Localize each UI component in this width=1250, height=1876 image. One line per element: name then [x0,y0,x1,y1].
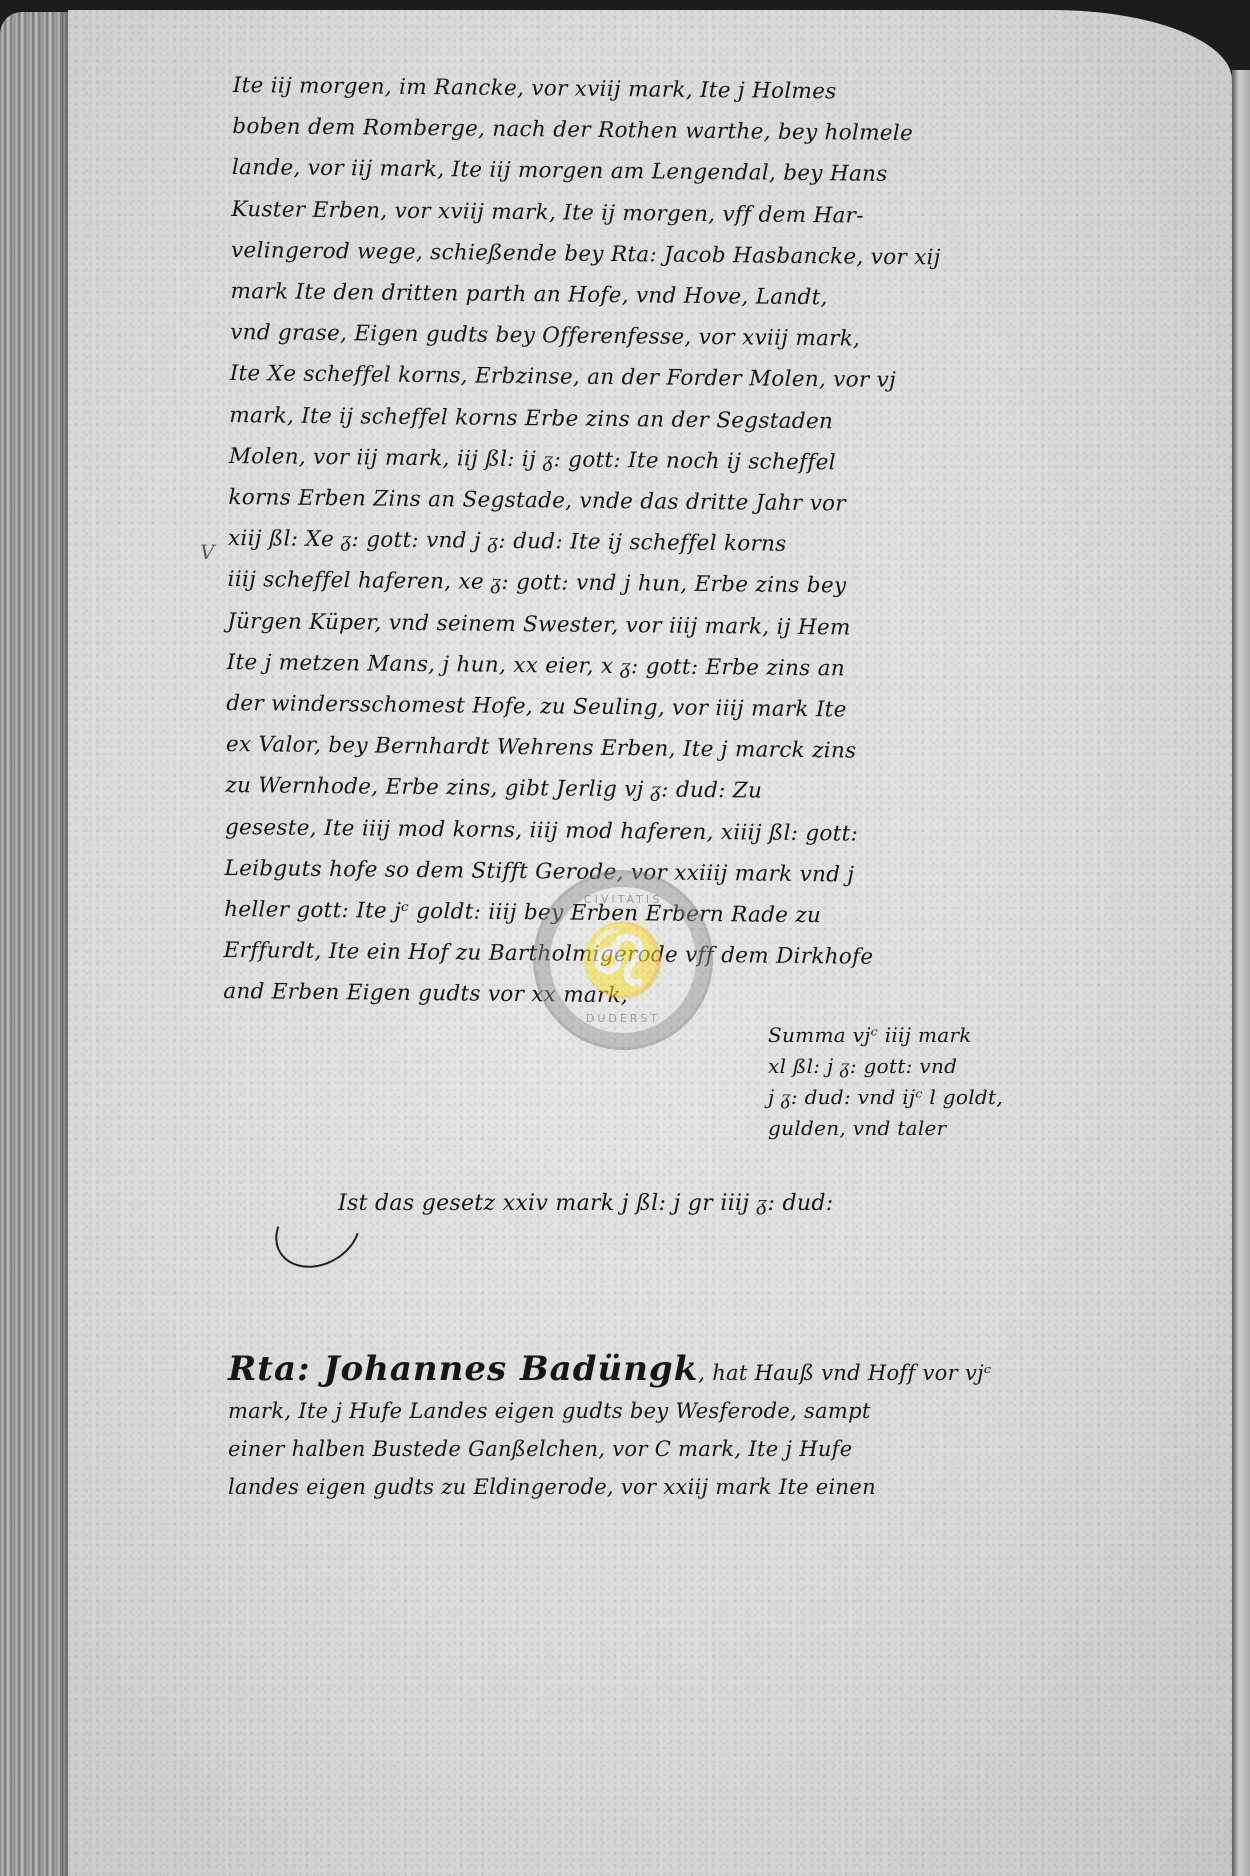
summa-line: xl ßl: j ᵹ: gott: vnd [768,1051,1003,1082]
seal-rim-text-bottom: DUDERST [536,1012,710,1025]
seal-rim-text-top: CIVITATIS [536,893,710,906]
summa-line: j ᵹ: dud: vnd ijᶜ l goldt, [768,1082,1003,1113]
text-line: einer halben Bustede Ganßelchen, vor C m… [228,1430,992,1468]
text-line: landes eigen gudts zu Eldingerode, vor x… [228,1468,992,1506]
summa-line: Summa vjᶜ iiij mark [768,1020,1003,1051]
paragraph-2-heading-line: Rta: Johannes Badüngk, hat Hauß vnd Hoff… [228,1350,992,1392]
paragraph-2: Rta: Johannes Badüngk, hat Hauß vnd Hoff… [228,1350,992,1506]
facing-page-bleed-through [76,310,186,1210]
margin-check-mark: V [200,540,215,564]
right-gutter-edge [1232,70,1250,1876]
library-seal-stamp: CIVITATIS ♌ DUDERST [533,870,713,1050]
lion-emblem-icon: ♌ [579,925,666,995]
summa-line: gulden, vnd taler [768,1113,1003,1144]
text-line: mark, Ite j Hufe Landes eigen gudts bey … [228,1392,992,1430]
manuscript-page: Ite iij morgen, im Rancke, vor xviij mar… [68,10,1232,1876]
entry-heading-name: Rta: Johannes Badüngk [228,1349,698,1389]
total-line: Ist das gesetz xxiv mark j ßl: j gr iiij… [338,1190,833,1216]
book-binding-page-stack [0,12,70,1876]
entry-heading-tail: , hat Hauß vnd Hoff vor vjᶜ [698,1361,991,1385]
summa-block: Summa vjᶜ iiij mark xl ßl: j ᵹ: gott: vn… [768,1020,1003,1144]
